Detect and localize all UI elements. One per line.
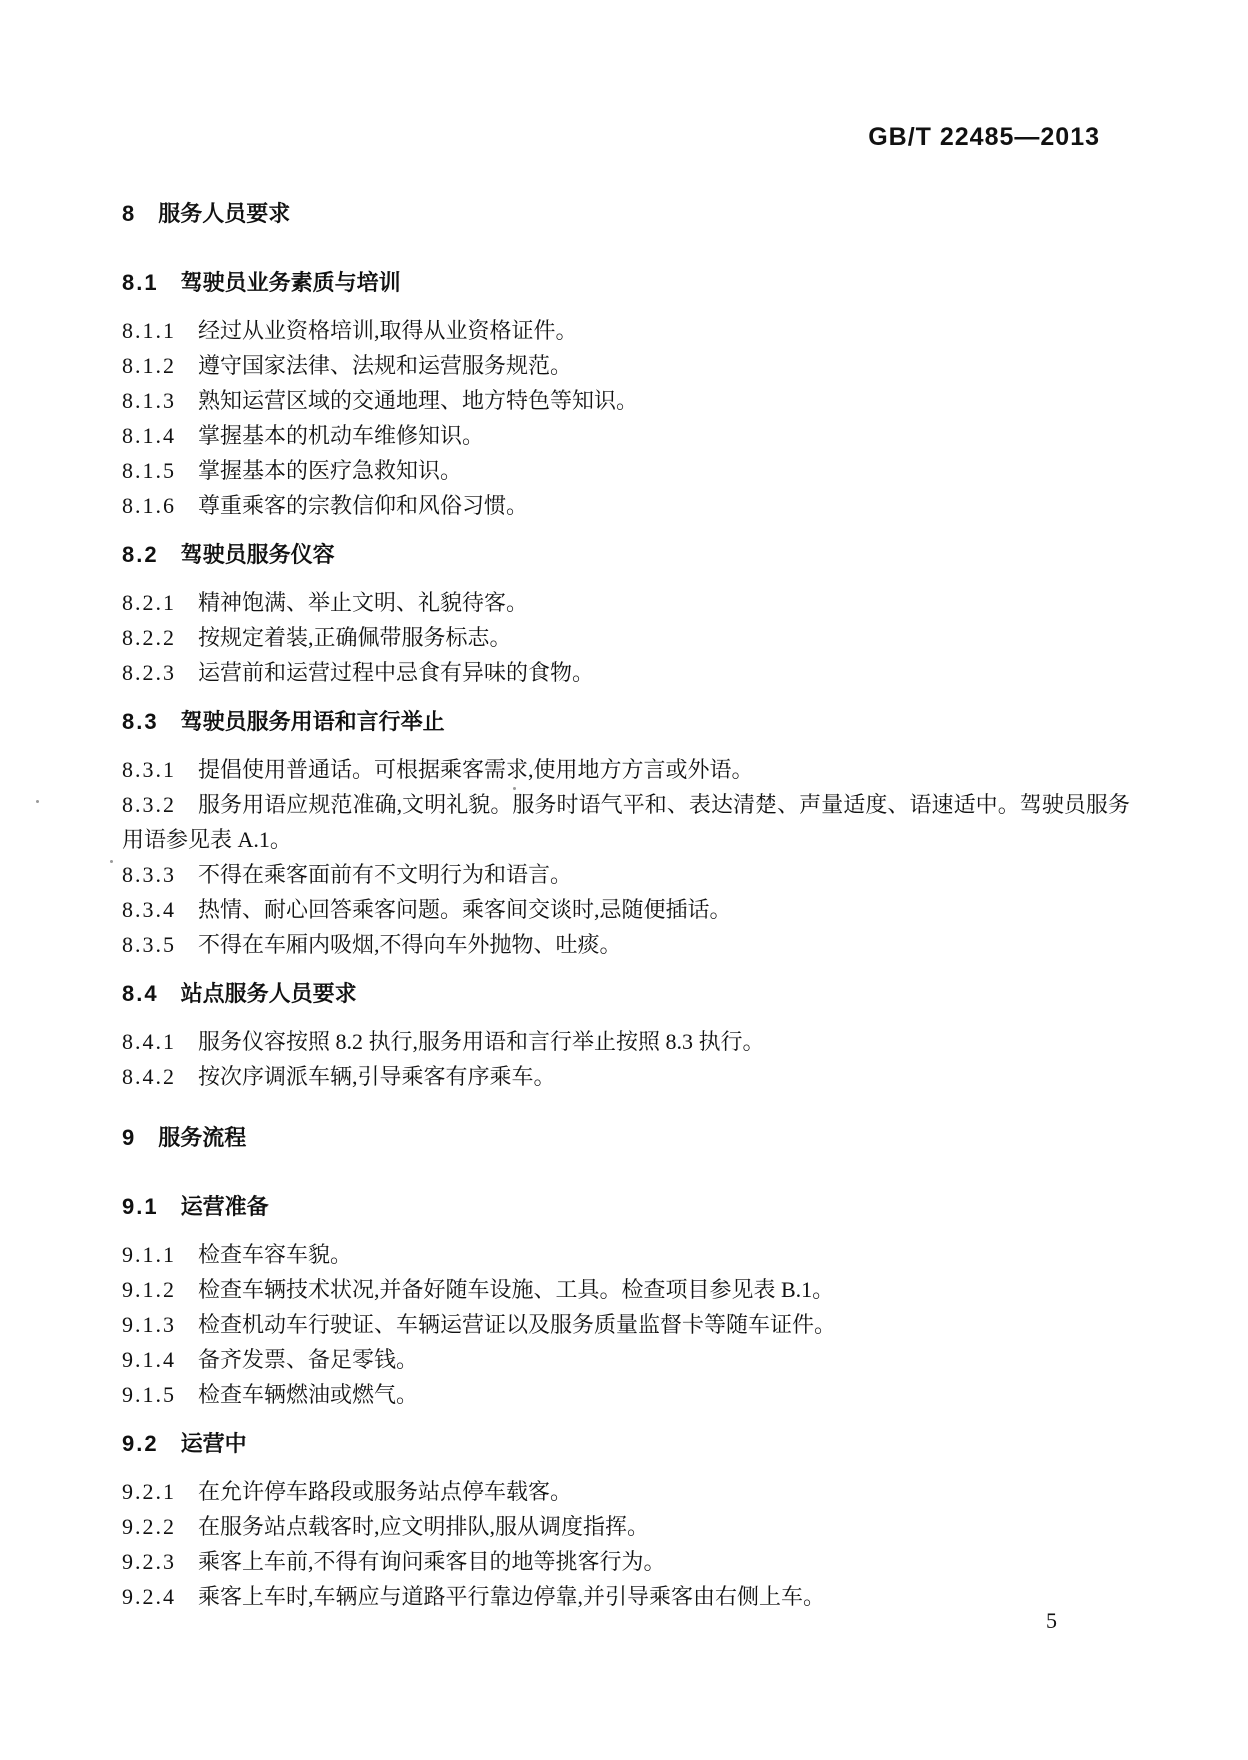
scan-artifact	[110, 860, 113, 863]
clause-number: 8.4.2	[122, 1059, 176, 1094]
clause-line: 9.2.1在允许停车路段或服务站点停车载客。	[122, 1474, 1130, 1509]
clause-number: 8.3	[122, 704, 159, 739]
clause-number: 9.1.1	[122, 1237, 176, 1272]
clause-number: 8.1.5	[122, 453, 176, 488]
clause-line: 8.4.2按次序调派车辆,引导乘客有序乘车。	[122, 1059, 1130, 1094]
clause-number: 9.1.4	[122, 1342, 176, 1377]
clause-number: 8.4	[122, 976, 159, 1011]
section-heading: 8.2驾驶员服务仪容	[122, 537, 1130, 572]
clause-line: 8.3.1提倡使用普通话。可根据乘客需求,使用地方方言或外语。	[122, 752, 1130, 787]
section-heading: 9.1运营准备	[122, 1189, 1130, 1224]
clause-number: 9.2	[122, 1426, 159, 1461]
scan-artifact	[36, 800, 39, 803]
clause-number: 8.2.2	[122, 620, 176, 655]
clause-number: 8.1.3	[122, 383, 176, 418]
clause-number: 8.1.2	[122, 348, 176, 383]
clause-line: 9.2.4乘客上车时,车辆应与道路平行靠边停靠,并引导乘客由右侧上车。	[122, 1579, 1130, 1614]
clause-number: 9.1	[122, 1189, 159, 1224]
clause-text: 尊重乘客的宗教信仰和风俗习惯。	[198, 493, 528, 518]
clause-number: 8.2.3	[122, 655, 176, 690]
document-body: 8服务人员要求8.1驾驶员业务素质与培训8.1.1经过从业资格培训,取得从业资格…	[122, 196, 1130, 1614]
clause-line: 9.2.2在服务站点载客时,应文明排队,服从调度指挥。	[122, 1509, 1130, 1544]
clause-number: 8	[122, 196, 136, 231]
clause-number: 8.3.4	[122, 892, 176, 927]
clause-text: 检查车辆燃油或燃气。	[198, 1382, 418, 1407]
page-number: 5	[1046, 1608, 1057, 1634]
clause-line: 8.4.1服务仪容按照 8.2 执行,服务用语和言行举止按照 8.3 执行。	[122, 1024, 1130, 1059]
clause-line: 8.1.5掌握基本的医疗急救知识。	[122, 453, 1130, 488]
clause-line: 8.2.3运营前和运营过程中忌食有异味的食物。	[122, 655, 1130, 690]
clause-line: 9.1.5检查车辆燃油或燃气。	[122, 1377, 1130, 1412]
clause-text: 精神饱满、举止文明、礼貌待客。	[198, 590, 528, 615]
clause-number: 9.1.2	[122, 1272, 176, 1307]
clause-text: 提倡使用普通话。可根据乘客需求,使用地方方言或外语。	[198, 757, 754, 782]
clause-text: 热情、耐心回答乘客问题。乘客间交谈时,忌随便插话。	[198, 897, 732, 922]
clause-text: 不得在车厢内吸烟,不得向车外抛物、吐痰。	[198, 932, 622, 957]
clause-text: 备齐发票、备足零钱。	[198, 1347, 418, 1372]
standard-code: GB/T 22485—2013	[868, 123, 1100, 152]
clause-number: 8.3.1	[122, 752, 176, 787]
clause-text: 在服务站点载客时,应文明排队,服从调度指挥。	[198, 1514, 649, 1539]
clause-line: 8.1.3熟知运营区域的交通地理、地方特色等知识。	[122, 383, 1130, 418]
clause-text: 乘客上车前,不得有询问乘客目的地等挑客行为。	[198, 1549, 666, 1574]
clause-text: 服务用语应规范准确,文明礼貌。服务时语气平和、表达清楚、声量适度、语速适中。驾驶…	[122, 792, 1130, 852]
clause-line: 8.1.4掌握基本的机动车维修知识。	[122, 418, 1130, 453]
clause-text: 熟知运营区域的交通地理、地方特色等知识。	[198, 388, 638, 413]
clause-text: 服务流程	[158, 1125, 246, 1150]
clause-line: 8.1.1经过从业资格培训,取得从业资格证件。	[122, 313, 1130, 348]
clause-number: 8.1.4	[122, 418, 176, 453]
clause-text: 乘客上车时,车辆应与道路平行靠边停靠,并引导乘客由右侧上车。	[198, 1584, 825, 1609]
clause-text: 掌握基本的医疗急救知识。	[198, 458, 462, 483]
clause-text: 驾驶员服务用语和言行举止	[181, 709, 445, 734]
clause-line: 8.3.2服务用语应规范准确,文明礼貌。服务时语气平和、表达清楚、声量适度、语速…	[122, 787, 1130, 857]
clause-text: 检查车辆技术状况,并备好随车设施、工具。检查项目参见表 B.1。	[198, 1277, 834, 1302]
clause-line: 8.3.5不得在车厢内吸烟,不得向车外抛物、吐痰。	[122, 927, 1130, 962]
clause-line: 8.3.3不得在乘客面前有不文明行为和语言。	[122, 857, 1130, 892]
clause-text: 运营准备	[181, 1194, 269, 1219]
document-page: GB/T 22485—2013 8服务人员要求8.1驾驶员业务素质与培训8.1.…	[0, 0, 1248, 1760]
clause-text: 运营中	[181, 1431, 247, 1456]
clause-number: 8.1.6	[122, 488, 176, 523]
clause-text: 运营前和运营过程中忌食有异味的食物。	[198, 660, 594, 685]
clause-number: 8.1	[122, 265, 159, 300]
section-heading: 8.3驾驶员服务用语和言行举止	[122, 704, 1130, 739]
clause-line: 8.3.4热情、耐心回答乘客问题。乘客间交谈时,忌随便插话。	[122, 892, 1130, 927]
section-heading: 8.1驾驶员业务素质与培训	[122, 265, 1130, 300]
clause-line: 9.1.1检查车容车貌。	[122, 1237, 1130, 1272]
clause-number: 8.4.1	[122, 1024, 176, 1059]
clause-text: 在允许停车路段或服务站点停车载客。	[198, 1479, 572, 1504]
clause-line: 8.2.1精神饱满、举止文明、礼貌待客。	[122, 585, 1130, 620]
clause-line: 9.1.2检查车辆技术状况,并备好随车设施、工具。检查项目参见表 B.1。	[122, 1272, 1130, 1307]
clause-number: 8.3.3	[122, 857, 176, 892]
clause-number: 8.1.1	[122, 313, 176, 348]
clause-line: 9.1.3检查机动车行驶证、车辆运营证以及服务质量监督卡等随车证件。	[122, 1307, 1130, 1342]
clause-text: 驾驶员业务素质与培训	[181, 270, 401, 295]
clause-text: 驾驶员服务仪容	[181, 542, 335, 567]
clause-line: 8.1.6尊重乘客的宗教信仰和风俗习惯。	[122, 488, 1130, 523]
clause-number: 8.2	[122, 537, 159, 572]
clause-number: 9.2.4	[122, 1579, 176, 1614]
clause-line: 9.1.4备齐发票、备足零钱。	[122, 1342, 1130, 1377]
clause-number: 9.2.2	[122, 1509, 176, 1544]
chapter-heading: 8服务人员要求	[122, 196, 1130, 231]
clause-text: 服务仪容按照 8.2 执行,服务用语和言行举止按照 8.3 执行。	[198, 1029, 765, 1054]
chapter-heading: 9服务流程	[122, 1120, 1130, 1155]
clause-text: 服务人员要求	[158, 201, 290, 226]
clause-text: 按次序调派车辆,引导乘客有序乘车。	[198, 1064, 556, 1089]
clause-number: 9.2.1	[122, 1474, 176, 1509]
clause-text: 站点服务人员要求	[181, 981, 357, 1006]
clause-line: 8.2.2按规定着装,正确佩带服务标志。	[122, 620, 1130, 655]
clause-text: 按规定着装,正确佩带服务标志。	[198, 625, 512, 650]
clause-text: 经过从业资格培训,取得从业资格证件。	[198, 318, 578, 343]
clause-number: 8.2.1	[122, 585, 176, 620]
clause-text: 不得在乘客面前有不文明行为和语言。	[198, 862, 572, 887]
clause-text: 遵守国家法律、法规和运营服务规范。	[198, 353, 572, 378]
clause-number: 9.1.5	[122, 1377, 176, 1412]
clause-number: 9	[122, 1120, 136, 1155]
clause-line: 8.1.2遵守国家法律、法规和运营服务规范。	[122, 348, 1130, 383]
clause-number: 9.2.3	[122, 1544, 176, 1579]
clause-number: 8.3.5	[122, 927, 176, 962]
clause-number: 8.3.2	[122, 787, 176, 822]
clause-line: 9.2.3乘客上车前,不得有询问乘客目的地等挑客行为。	[122, 1544, 1130, 1579]
section-heading: 9.2运营中	[122, 1426, 1130, 1461]
scan-artifact	[513, 787, 516, 790]
clause-number: 9.1.3	[122, 1307, 176, 1342]
clause-text: 检查车容车貌。	[198, 1242, 352, 1267]
clause-text: 掌握基本的机动车维修知识。	[198, 423, 484, 448]
clause-text: 检查机动车行驶证、车辆运营证以及服务质量监督卡等随车证件。	[198, 1312, 836, 1337]
section-heading: 8.4站点服务人员要求	[122, 976, 1130, 1011]
